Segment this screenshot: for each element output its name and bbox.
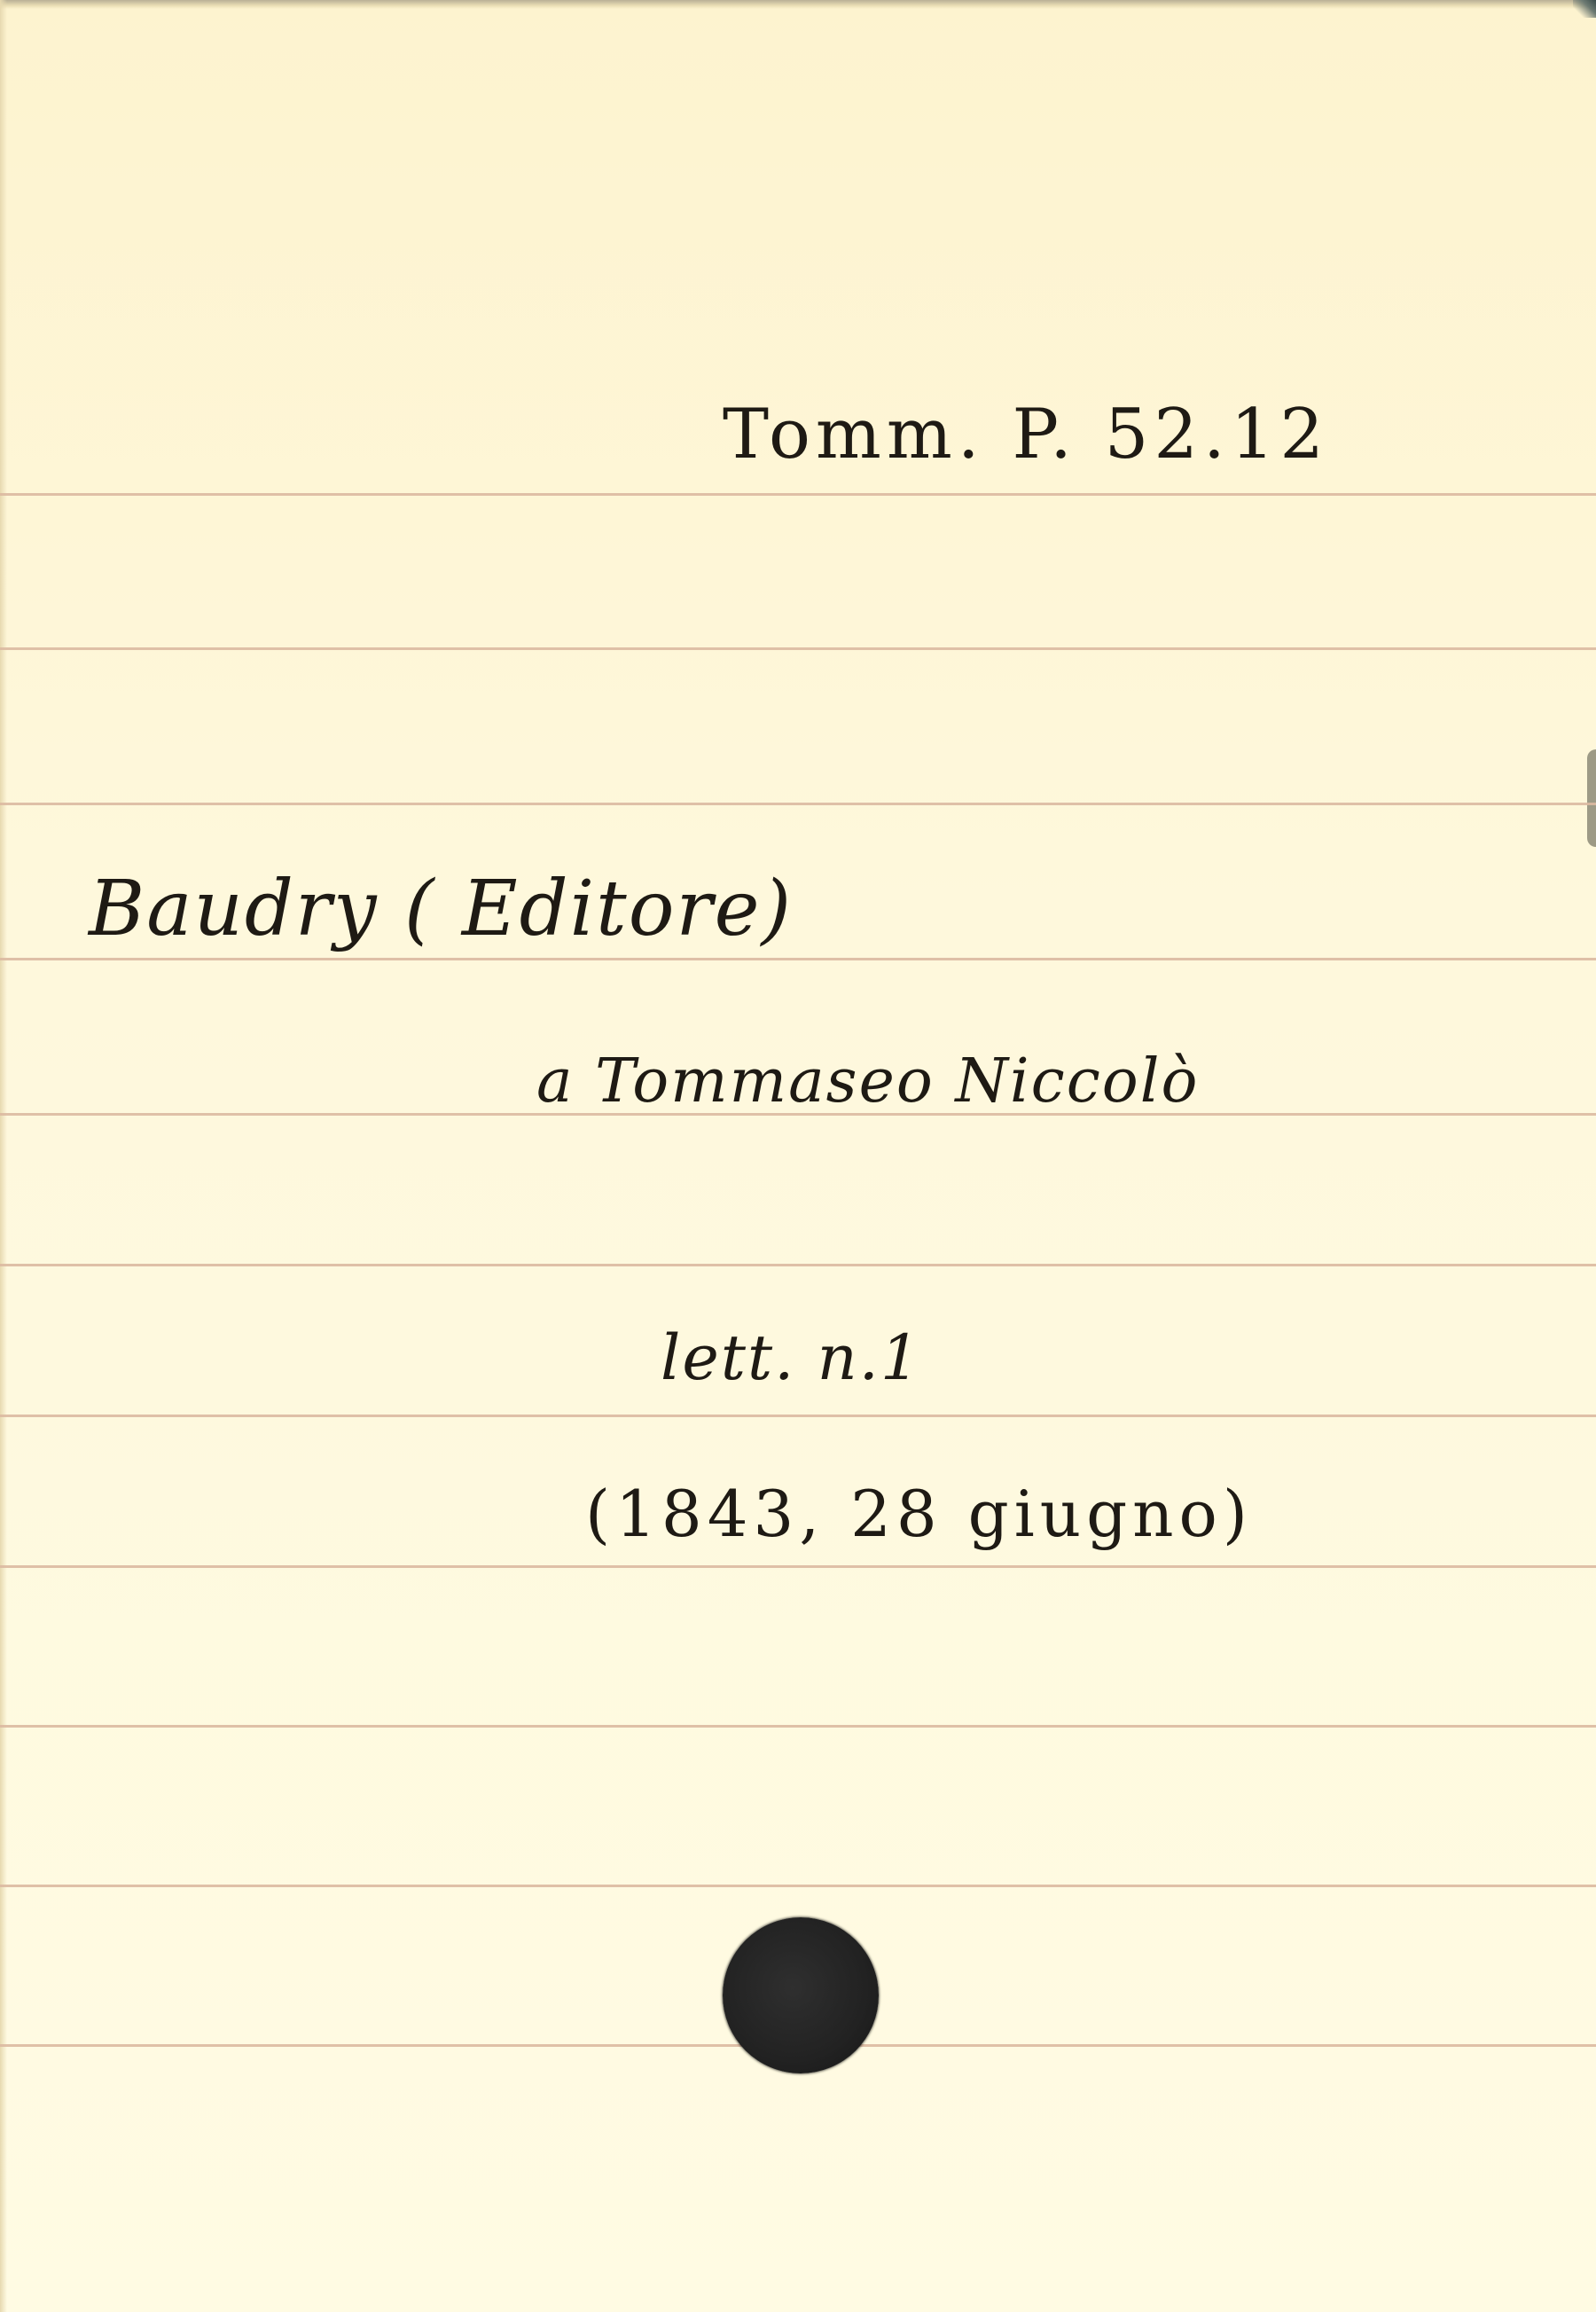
author-name: Baudry ( Editore) (89, 865, 793, 953)
card-edge-notch (1587, 749, 1596, 847)
recipient-name: a Tommaseo Niccolò (536, 1046, 1199, 1117)
ruled-line (0, 1885, 1596, 1887)
ruled-line (0, 803, 1596, 805)
letter-date: (1843, 28 giugno) (585, 1477, 1253, 1551)
card-top-edge (0, 0, 1596, 9)
punch-hole (723, 1917, 879, 2073)
ruled-line (0, 1725, 1596, 1728)
ruled-line (0, 1565, 1596, 1568)
call-number: Tomm. P. 52.12 (723, 395, 1329, 474)
ruled-line (0, 493, 1596, 496)
ruled-line (0, 1264, 1596, 1266)
card-corner-shadow (1573, 0, 1596, 18)
catalog-card: Tomm. P. 52.12 Baudry ( Editore) a Tomma… (0, 0, 1596, 2312)
ruled-line (0, 647, 1596, 650)
ruled-line (0, 958, 1596, 960)
ruled-line (0, 1415, 1596, 1417)
card-left-edge (0, 0, 7, 2312)
letter-number: lett. n.1 (661, 1321, 921, 1394)
